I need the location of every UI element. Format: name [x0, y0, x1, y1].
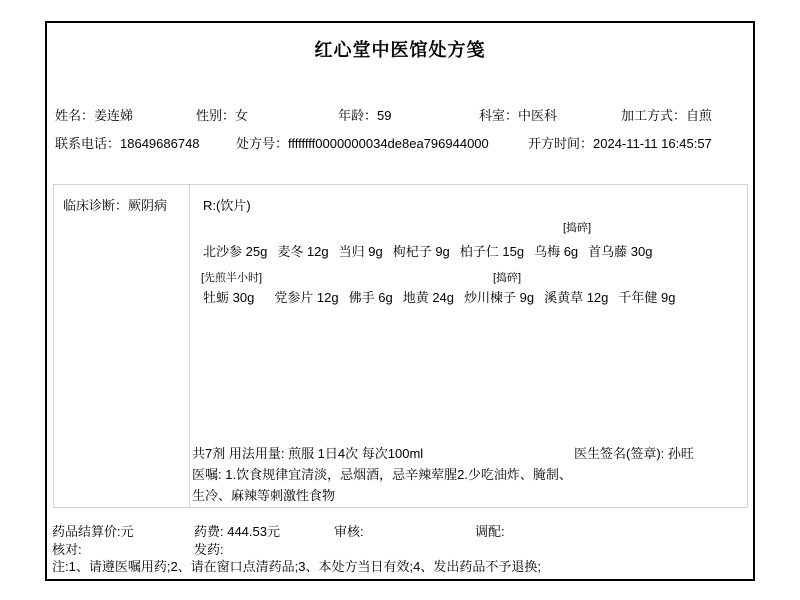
- herb-item: 柏子仁 15g: [460, 244, 524, 259]
- herb-annotation-crush-1: [捣碎]: [563, 222, 591, 235]
- clinical-diagnosis: 临床诊断：厥阴病: [63, 198, 167, 213]
- herb-item: 党参片 12g: [274, 290, 338, 305]
- prescription-table: 临床诊断：厥阴病 R:(饮片) [捣碎] 北沙参 25g 麦冬 12g 当归 9…: [53, 184, 748, 508]
- herb-item: 当归 9g: [339, 244, 383, 259]
- patient-age: 年龄：59: [338, 108, 391, 123]
- herb-item: 乌梅 6g: [534, 244, 578, 259]
- patient-gender: 性别：女: [196, 108, 248, 123]
- herb-item: 牡蛎 30g: [203, 290, 254, 305]
- dispense-field: 发药:: [194, 542, 224, 557]
- prescription-page: 红心堂中医馆处方笺 姓名：姜连娣 性别：女 年龄：59 科室：中医科 加工方式：…: [0, 0, 800, 600]
- herb-item: 北沙参 25g: [203, 244, 267, 259]
- patient-name: 姓名：姜连娣: [55, 108, 133, 123]
- herb-line-1: 北沙参 25g 麦冬 12g 当归 9g 枸杞子 9g 柏子仁 15g 乌梅 6…: [203, 244, 652, 259]
- herb-item: 地黄 24g: [403, 290, 454, 305]
- patient-phone: 联系电话：18649686748: [55, 136, 200, 151]
- page-title: 红心堂中医馆处方笺: [45, 36, 755, 62]
- medicine-fee: 药费: 444.53元: [194, 524, 280, 539]
- herb-annotation-crush-2: [捣碎]: [493, 272, 521, 285]
- herb-item: 麦冬 12g: [277, 244, 328, 259]
- settlement-price: 药品结算价:元: [52, 524, 134, 539]
- herb-item: 千年健 9g: [618, 290, 675, 305]
- herb-line-2: 牡蛎 30g 党参片 12g 佛手 6g 地黄 24g 炒川楝子 9g 溪黄草 …: [203, 290, 675, 305]
- dosage-instructions: 共7剂 用法用量: 煎服 1日4次 每次100ml: [192, 446, 423, 461]
- herb-item: 首乌藤 30g: [588, 244, 652, 259]
- table-column-divider: [189, 185, 190, 507]
- medical-advice-line2: 生冷、麻辣等刺激性食物: [192, 488, 335, 503]
- herb-annotation-precook: [先煎半小时]: [201, 272, 262, 285]
- prepare-field: 调配:: [475, 524, 505, 539]
- rx-header: R:(饮片): [203, 198, 251, 213]
- prescription-number: 处方号：ffffffff0000000034de8ea796944000: [236, 136, 489, 151]
- medical-advice-line1: 医嘱: 1.饮食规律宜清淡，忌烟酒，忌辛辣荤腥2.少吃油炸、腌制、: [192, 467, 572, 482]
- herb-item: 佛手 6g: [349, 290, 393, 305]
- review-field: 审核:: [334, 524, 364, 539]
- patient-department: 科室：中医科: [479, 108, 557, 123]
- processing-method: 加工方式：自煎: [621, 108, 712, 123]
- herb-item: 炒川楝子 9g: [464, 290, 534, 305]
- check-field: 核对:: [52, 542, 82, 557]
- issue-time: 开方时间：2024-11-11 16:45:57: [528, 136, 712, 151]
- doctor-signature: 医生签名(签章): 孙旺: [574, 446, 694, 461]
- herb-item: 溪黄草 12g: [544, 290, 608, 305]
- herb-item: 枸杞子 9g: [393, 244, 450, 259]
- footer-note: 注:1、请遵医嘱用药;2、请在窗口点清药品;3、本处方当日有效;4、发出药品不予…: [52, 559, 541, 574]
